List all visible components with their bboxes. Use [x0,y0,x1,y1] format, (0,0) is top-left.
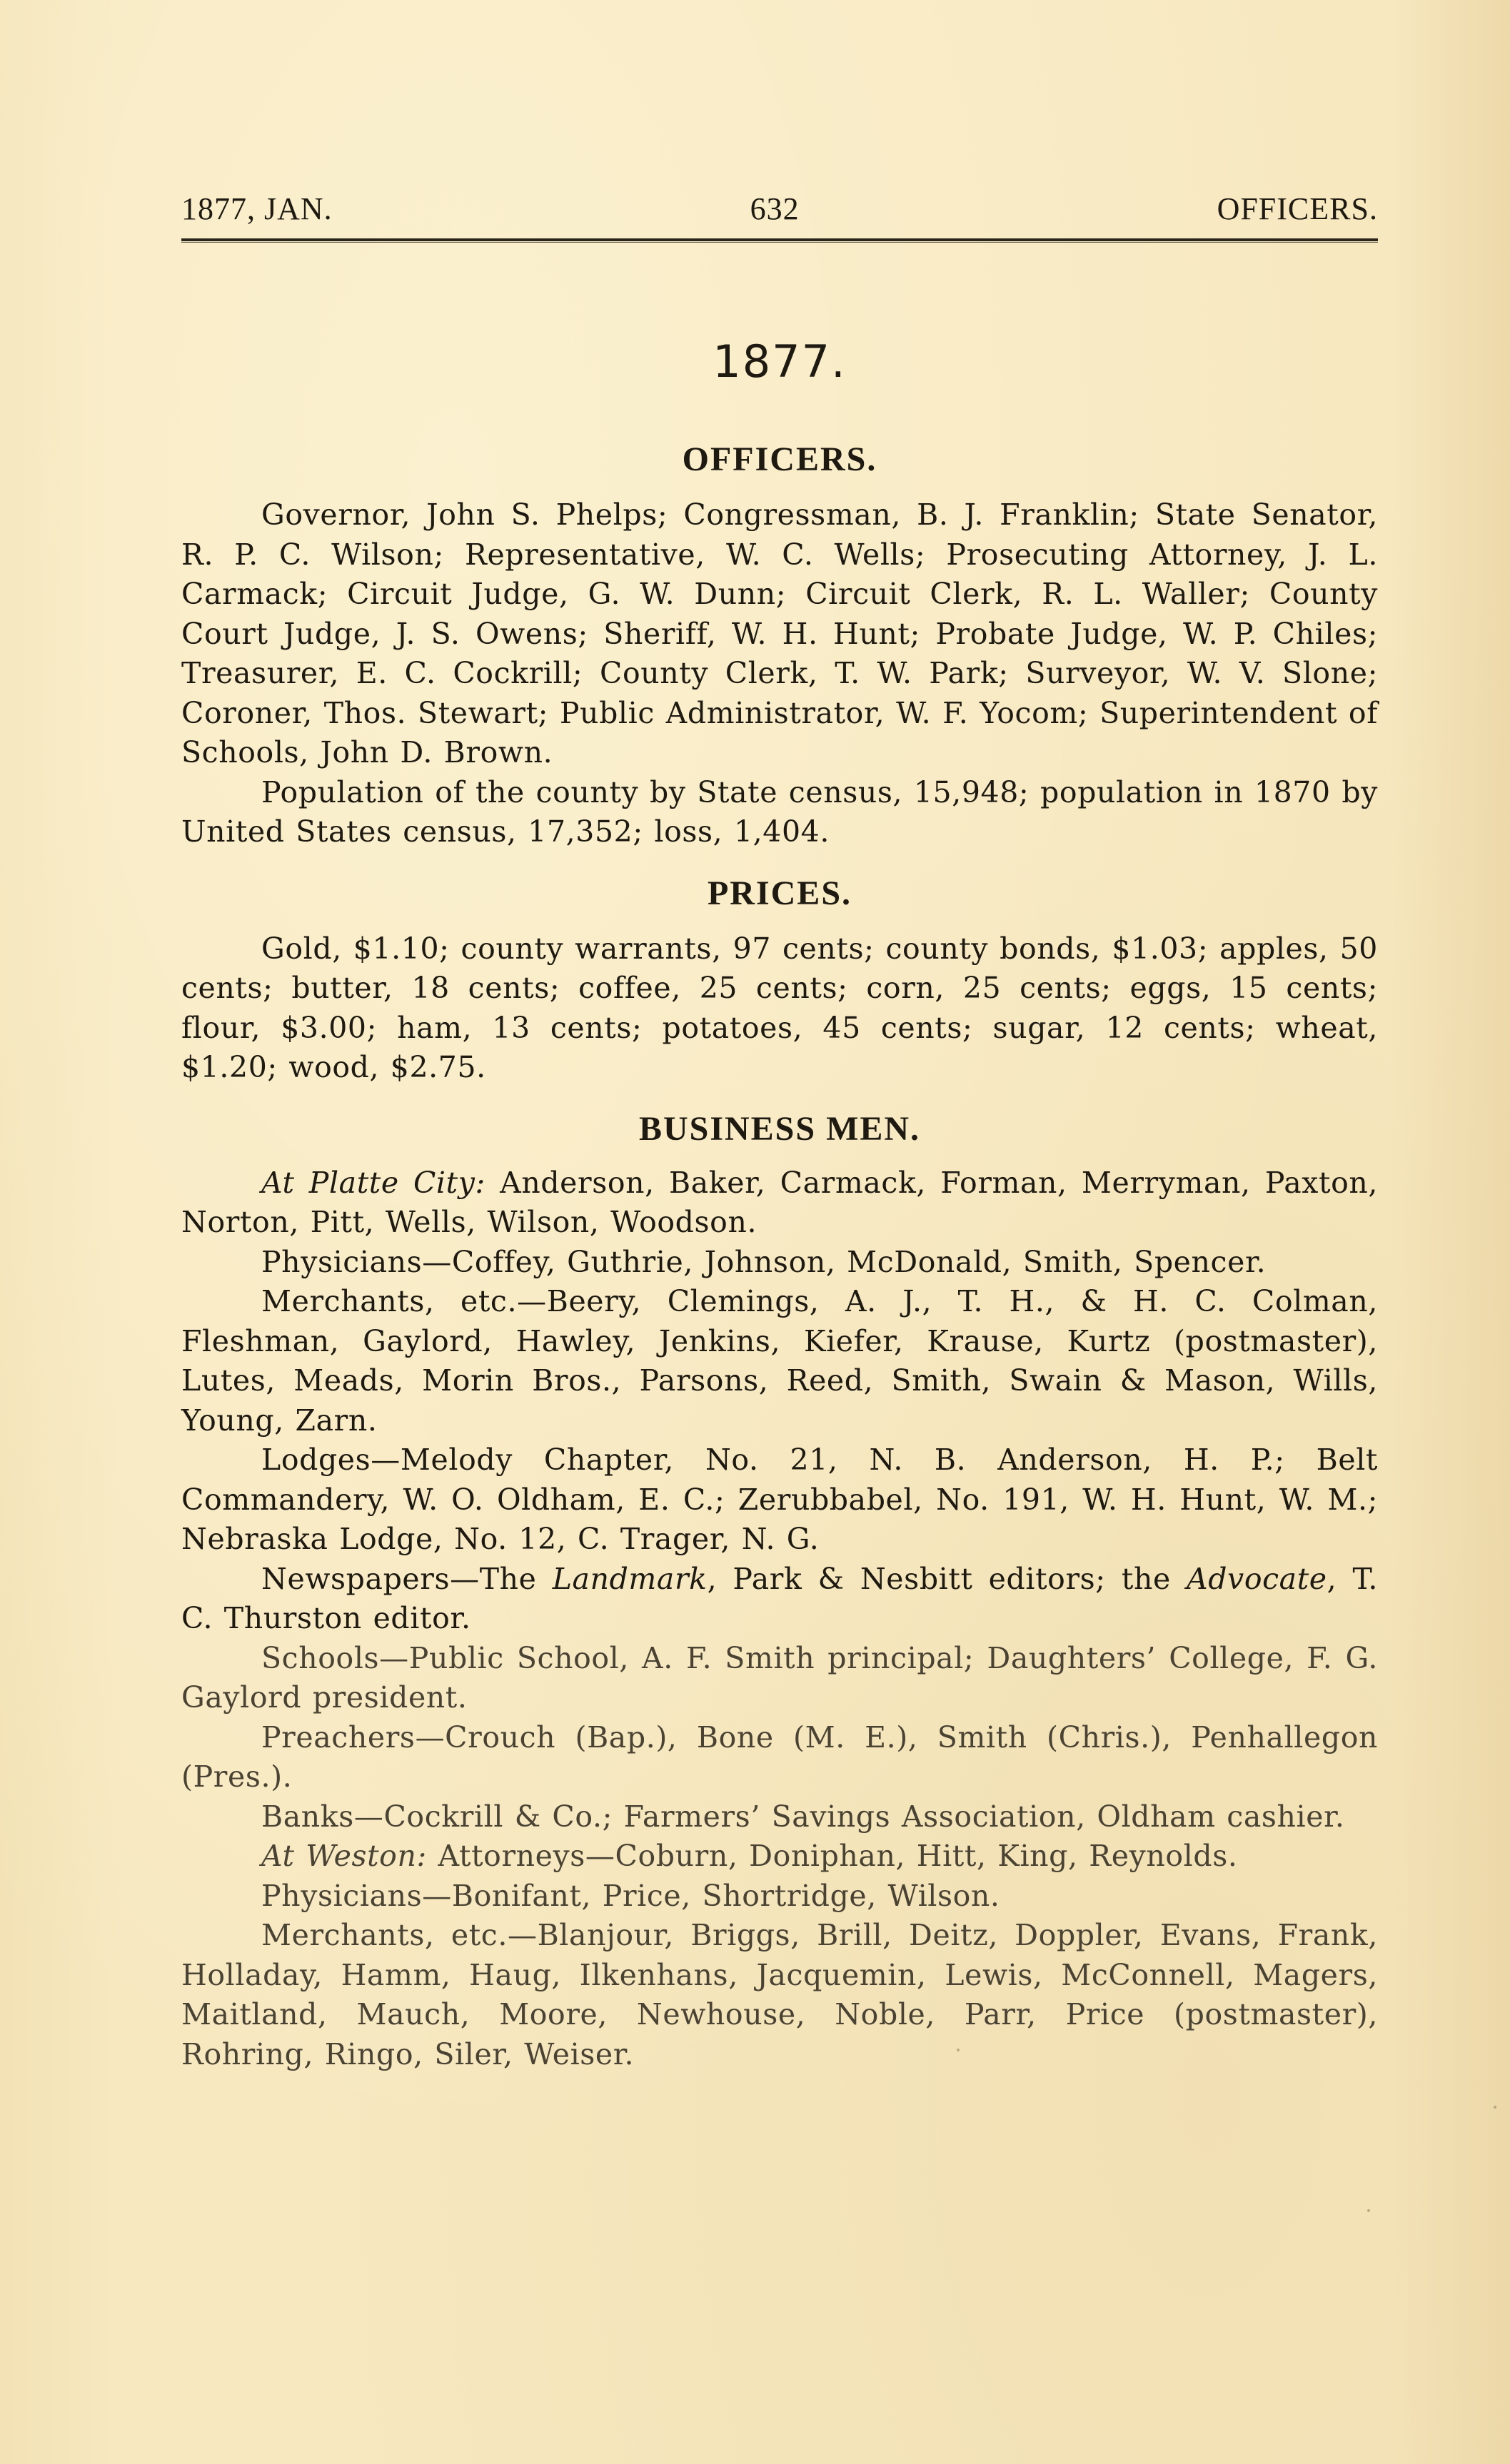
running-head-section: OFFICERS. [1217,187,1378,231]
newspapers-prefix: Newspapers—The [261,1562,553,1596]
section-title-business-men: BUSINESS MEN. [181,1109,1378,1149]
prices-paragraph: Gold, $1.10; county warrants, 97 cents; … [181,929,1378,1088]
paper-speck [1494,2106,1496,2109]
paper-speck [957,2049,960,2051]
section-title-prices: PRICES. [181,874,1378,914]
running-head-date: 1877, JAN. [181,187,333,231]
platte-city-lodges: Lodges—Melody Chapter, No. 21, N. B. And… [181,1440,1378,1560]
platte-city-newspapers: Newspapers—The Landmark, Park & Nesbitt … [181,1560,1378,1639]
platte-city-merchants: Merchants, etc.—Beery, Clemings, A. J., … [181,1282,1378,1440]
platte-city-physicians: Physicians—Coffey, Guthrie, Johnson, McD… [181,1243,1378,1283]
platte-city-schools: Schools—Public School, A. F. Smith princ… [181,1639,1378,1718]
year-title: 1877. [181,337,1378,387]
weston-merchants: Merchants, etc.—Blanjour, Briggs, Brill,… [181,1916,1378,2074]
book-page: 1877, JAN. 632 OFFICERS. 1877. OFFICERS.… [181,187,1378,2074]
platte-city-banks: Banks—Cockrill & Co.; Farmers’ Savings A… [181,1797,1378,1837]
running-head: 1877, JAN. 632 OFFICERS. [181,187,1378,231]
population-paragraph: Population of the county by State census… [181,773,1378,852]
weston-physicians: Physicians—Bonifant, Price, Shortridge, … [181,1877,1378,1917]
section-title-officers: OFFICERS. [181,440,1378,480]
weston-attorneys: At Weston: Attorneys—Coburn, Doniphan, H… [181,1837,1378,1877]
weston-attorney-list: Attorneys—Coburn, Doniphan, Hitt, King, … [427,1839,1238,1873]
platte-city-preachers: Preachers—Crouch (Bap.), Bone (M. E.), S… [181,1718,1378,1797]
officers-paragraph: Governor, John S. Phelps; Congressman, B… [181,495,1378,773]
newspaper-title-advocate: Advocate [1187,1562,1327,1596]
page-number: 632 [750,187,800,231]
platte-city-attorneys: At Platte City: Anderson, Baker, Carmack… [181,1163,1378,1243]
location-label-weston: At Weston: [261,1839,427,1873]
header-rule [181,238,1378,243]
newspaper-title-landmark: Landmark [553,1562,708,1596]
paper-speck [1367,2209,1370,2212]
newspapers-middle: , Park & Nesbitt editors; the [708,1562,1187,1596]
location-label-platte-city: At Platte City: [261,1166,485,1200]
